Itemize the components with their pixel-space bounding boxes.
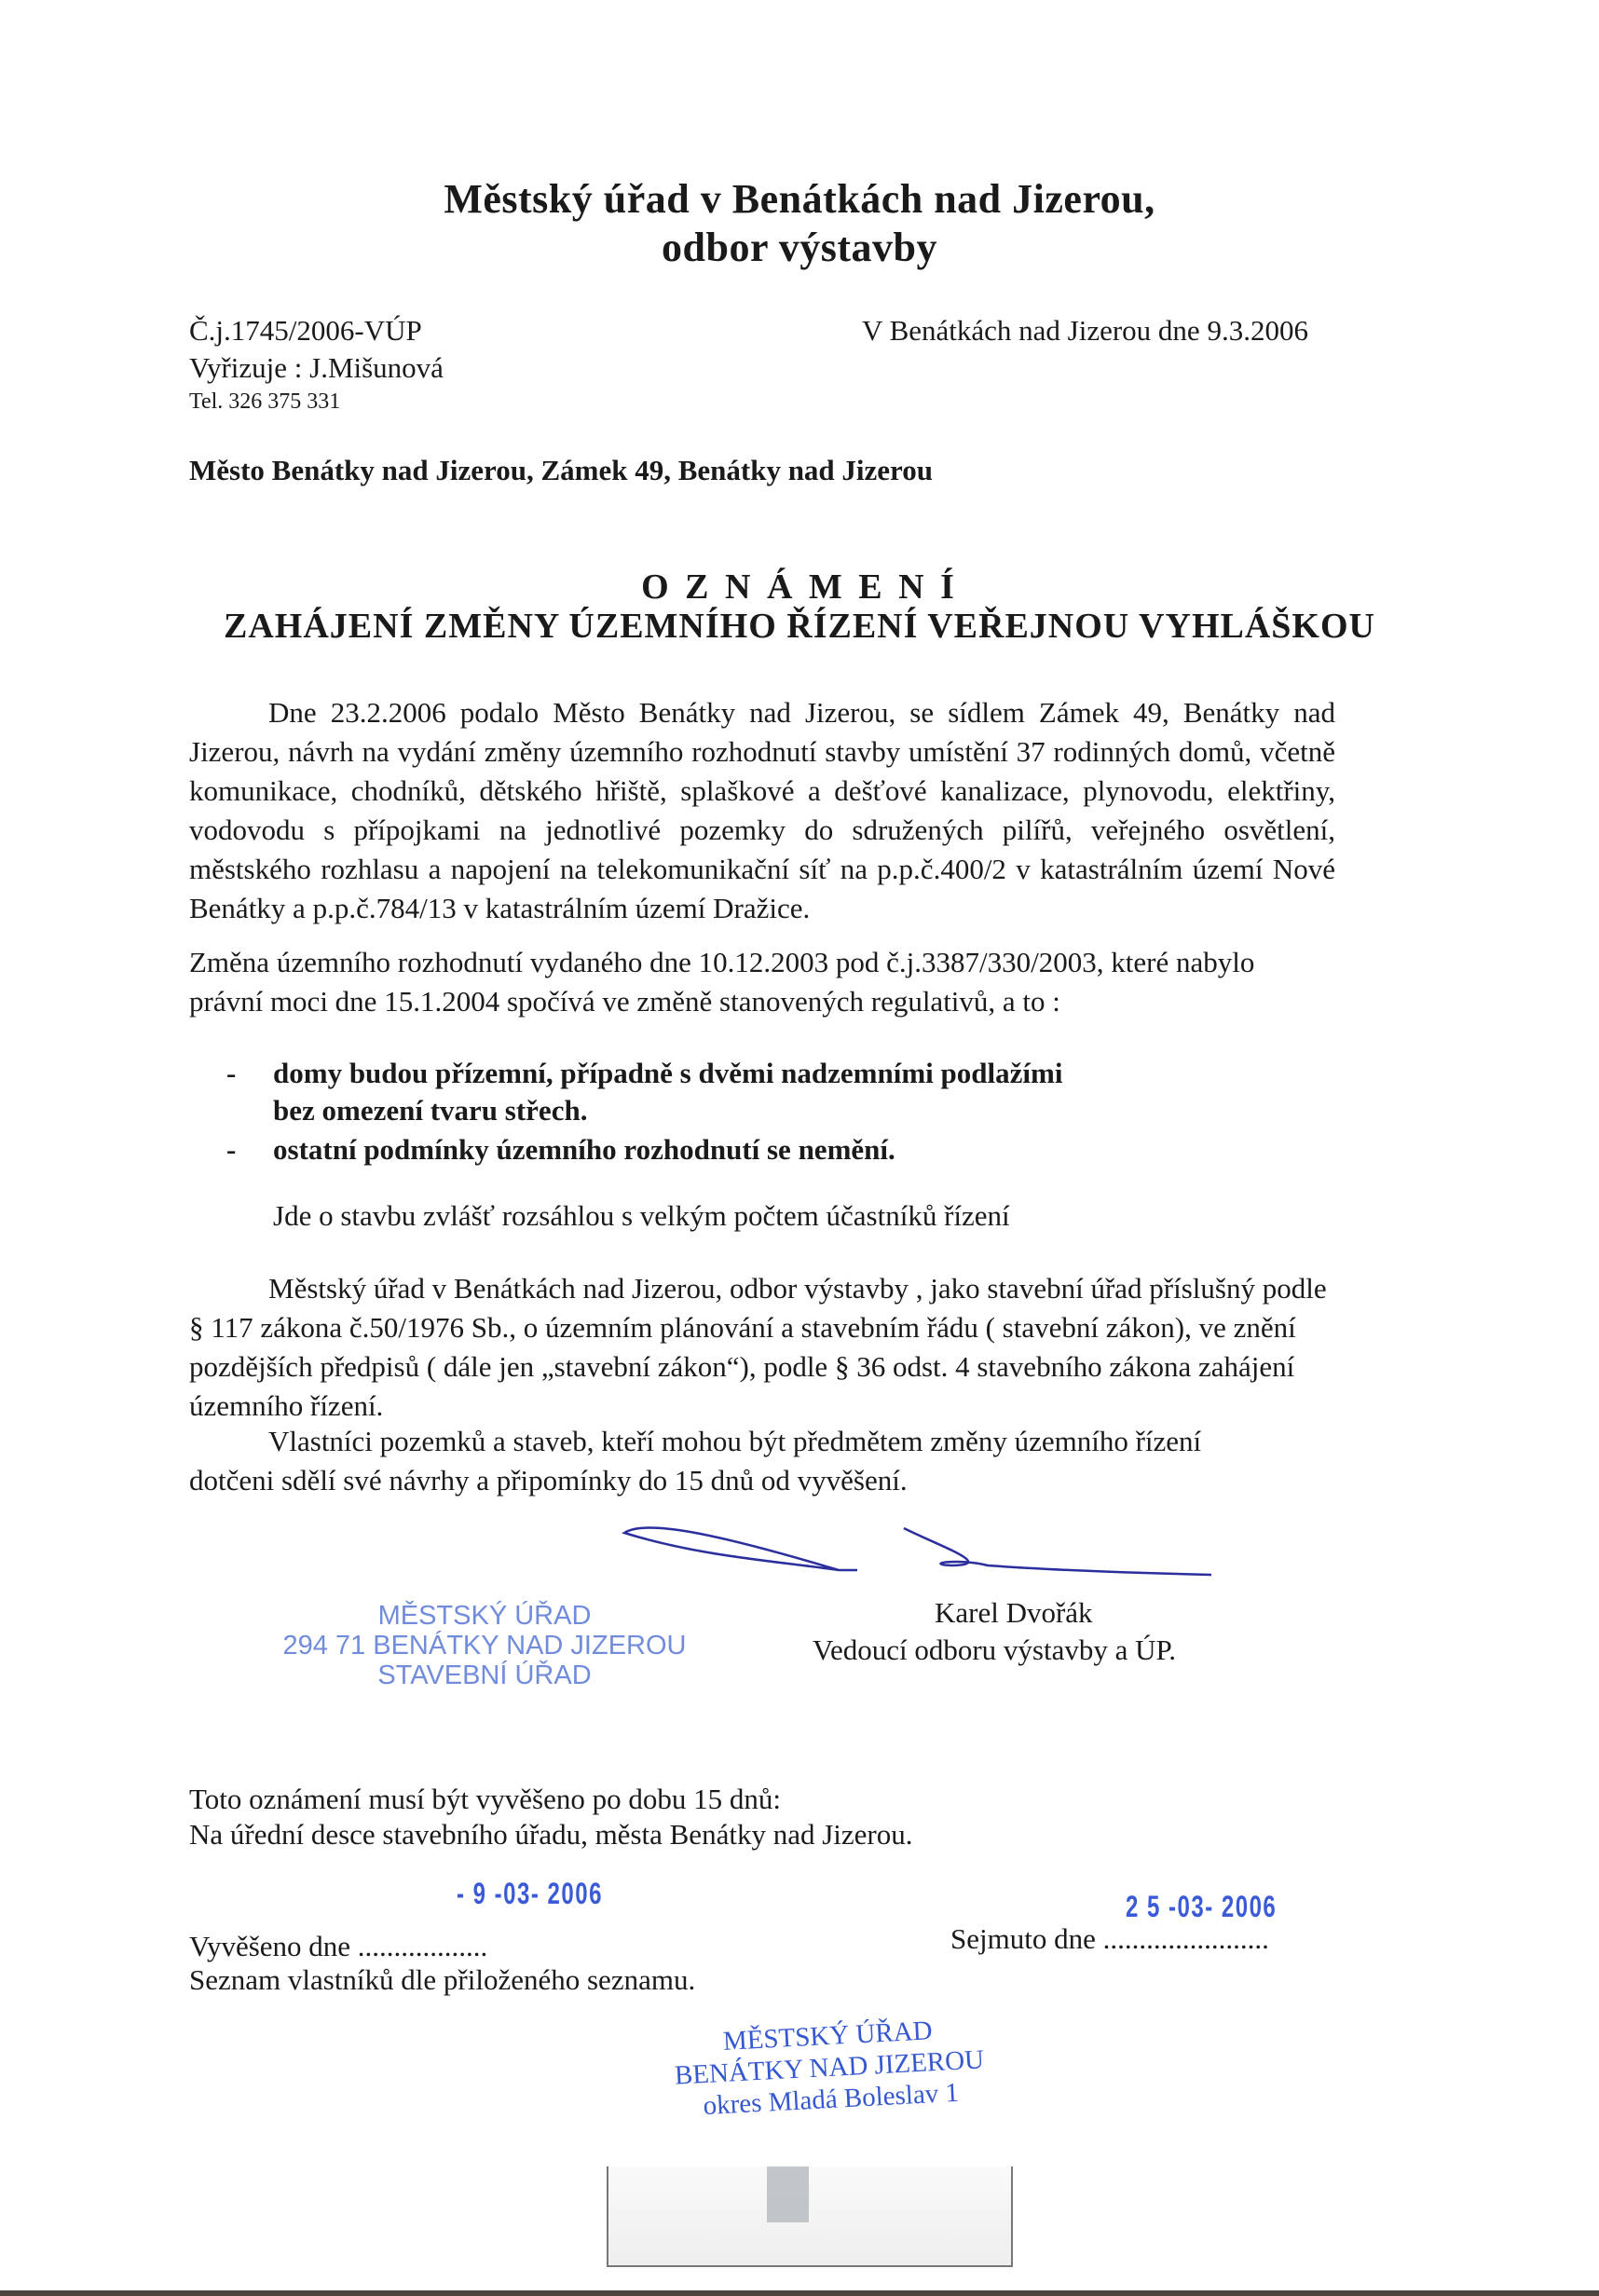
clip-icon — [767, 2166, 809, 2222]
signatory-name: Karel Dvořák — [935, 1593, 1093, 1633]
office-name: Městský úřad v Benátkách nad Jizerou, — [0, 175, 1599, 223]
handled-by: Vyřizuje : J.Mišunová — [189, 348, 444, 388]
paragraph-scope: Jde o stavbu zvlášť rozsáhlou s velkým p… — [273, 1196, 1010, 1236]
office-stamp-line3: STAVEBNÍ ÚŘAD — [270, 1660, 699, 1690]
removed-date-label: Sejmuto dne ....................... — [950, 1920, 1269, 1959]
posted-date-stamp: - 9 -03- 2006 — [457, 1877, 603, 1911]
office-stamp-line2: 294 71 BENÁTKY NAD JIZEROU — [270, 1631, 699, 1660]
notice-subtitle: ZAHÁJENÍ ZMĚNY ÚZEMNÍHO ŘÍZENÍ VEŘEJNOU … — [0, 606, 1599, 647]
posting-location: Na úřední desce stavebního úřadu, města … — [189, 1815, 912, 1854]
signature-scrawl — [606, 1519, 1221, 1603]
city-stamp: MĚSTSKÝ ÚŘAD BENÁTKY NAD JIZEROU okres M… — [641, 2011, 1018, 2125]
paragraph-authority: Městský úřad v Benátkách nad Jizerou, od… — [189, 1269, 1335, 1426]
bullet-text: ostatní podmínky územního rozhodnutí se … — [273, 1131, 895, 1168]
paragraph-change: Změna územního rozhodnutí vydaného dne 1… — [189, 943, 1335, 1021]
bullet-text: domy budou přízemní, případně s dvěmi na… — [273, 1055, 1093, 1129]
bullet-item: - domy budou přízemní, případně s dvěmi … — [189, 1055, 1335, 1129]
posting-duration: Toto oznámení musí být vyvěšeno po dobu … — [189, 1780, 781, 1819]
scan-edge — [0, 2290, 1599, 2296]
paragraph-application: Dne 23.2.2006 podalo Město Benátky nad J… — [189, 693, 1335, 928]
office-stamp: MĚSTSKÝ ÚŘAD 294 71 BENÁTKY NAD JIZEROU … — [270, 1601, 699, 1690]
department-name: odbor výstavby — [0, 224, 1599, 271]
notice-title: O Z N Á M E N Í — [0, 567, 1599, 608]
owners-list-note: Seznam vlastníků dle přiloženého seznamu… — [189, 1961, 695, 2000]
applicant-address: Město Benátky nad Jizerou, Zámek 49, Ben… — [189, 451, 933, 490]
place-date: V Benátkách nad Jizerou dne 9.3.2006 — [862, 311, 1308, 350]
office-stamp-line1: MĚSTSKÝ ÚŘAD — [270, 1601, 699, 1631]
bullet-marker: - — [189, 1131, 273, 1168]
phone: Tel. 326 375 331 — [189, 389, 340, 415]
bullet-item: - ostatní podmínky územního rozhodnutí s… — [189, 1131, 1335, 1168]
signatory-role: Vedoucí odboru výstavby a ÚP. — [813, 1631, 1176, 1670]
case-number: Č.j.1745/2006-VÚP — [189, 311, 422, 350]
scan-artifact-frame — [607, 2166, 1013, 2267]
paragraph-owners: Vlastníci pozemků a staveb, kteří mohou … — [189, 1422, 1214, 1500]
bullet-marker: - — [189, 1055, 273, 1129]
